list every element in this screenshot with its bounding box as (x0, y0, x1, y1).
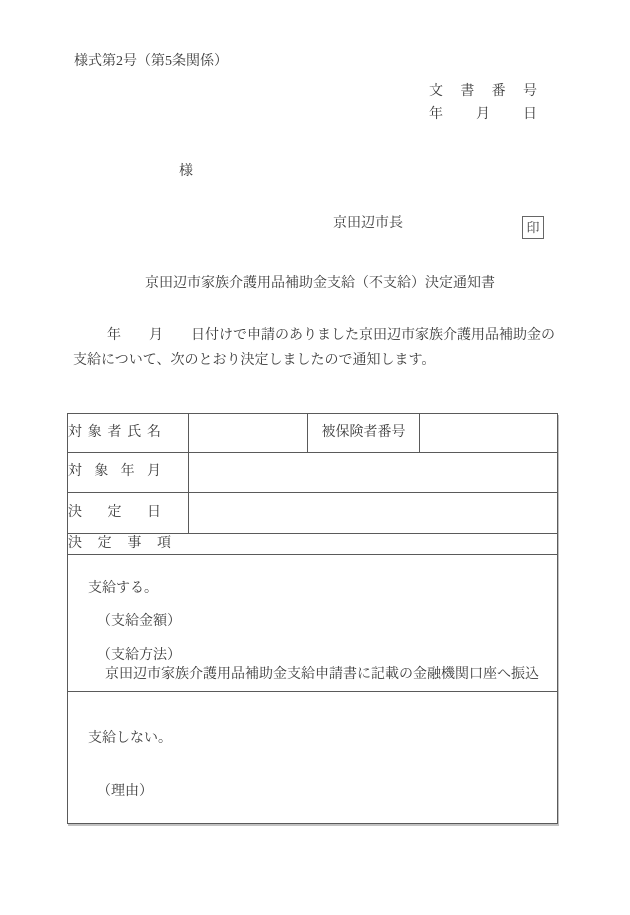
grant-heading: 支給する。 (88, 581, 547, 597)
subject-name-label: 対象者氏名 (68, 425, 161, 441)
decision-date-label: 決定日 (68, 505, 161, 521)
grant-section: 支給する。 （支給金額） （支給方法） 京田辺市家族介護用品補助金支給申請書に記… (68, 563, 557, 683)
decision-date-row: 決定日 (68, 493, 558, 534)
body-text-line2: 支給について、次のとおり決定しましたので通知します。 (73, 353, 435, 369)
grant-method-detail: 京田辺市家族介護用品補助金支給申請書に記載の金融機関口座へ振込 (105, 667, 547, 683)
insured-number-label-cell: 被保険者番号 (308, 414, 420, 453)
document-number-label: 文書番号 (429, 84, 537, 100)
insured-number-value-cell (420, 414, 558, 453)
no-grant-section-row: 支給しない。 （理由） (68, 692, 558, 824)
target-month-value-cell (189, 453, 558, 493)
grant-method-label: （支給方法） (97, 648, 547, 664)
form-number: 様式第2号（第5条関係） (74, 54, 228, 70)
no-grant-heading: 支給しない。 (88, 731, 547, 747)
grant-section-row: 支給する。 （支給金額） （支給方法） 京田辺市家族介護用品補助金支給申請書に記… (68, 555, 558, 692)
subject-name-value-cell (189, 414, 308, 453)
document-title: 京田辺市家族介護用品補助金支給（不支給）決定通知書 (145, 276, 495, 292)
target-month-label: 対象年月 (68, 464, 161, 480)
no-grant-reason-label: （理由） (97, 784, 547, 800)
grant-amount-label: （支給金額） (97, 614, 547, 630)
no-grant-section-cell: 支給しない。 （理由） (68, 692, 558, 824)
addressee-suffix: 様 (179, 164, 193, 180)
grant-section-cell: 支給する。 （支給金額） （支給方法） 京田辺市家族介護用品補助金支給申請書に記… (68, 555, 558, 692)
decision-details-label-cell: 決定事項 (68, 534, 558, 555)
subject-name-row: 対象者氏名 被保険者番号 (68, 414, 558, 453)
target-month-label-cell: 対象年月 (68, 453, 189, 493)
no-grant-section: 支給しない。 （理由） (68, 715, 557, 800)
body-text-line1: 年 月 日付けで申請のありました京田辺市家族介護用品補助金の (107, 328, 555, 344)
decision-date-label-cell: 決定日 (68, 493, 189, 534)
decision-details-label: 決定事項 (68, 536, 171, 552)
subject-name-label-cell: 対象者氏名 (68, 414, 189, 453)
decision-date-value-cell (189, 493, 558, 534)
decision-table: 対象者氏名 被保険者番号 対象年月 決定日 決定事項 (67, 413, 558, 824)
target-month-row: 対象年月 (68, 453, 558, 493)
official-seal-box: 印 (522, 216, 544, 239)
sender-mayor-name: 京田辺市長 (333, 216, 403, 232)
issue-date-line: 年月日 (429, 107, 537, 123)
decision-details-header-row: 決定事項 (68, 534, 558, 555)
notification-form-page: 様式第2号（第5条関係） 文書番号 年月日 様 京田辺市長 印 京田辺市家族介護… (0, 0, 630, 915)
